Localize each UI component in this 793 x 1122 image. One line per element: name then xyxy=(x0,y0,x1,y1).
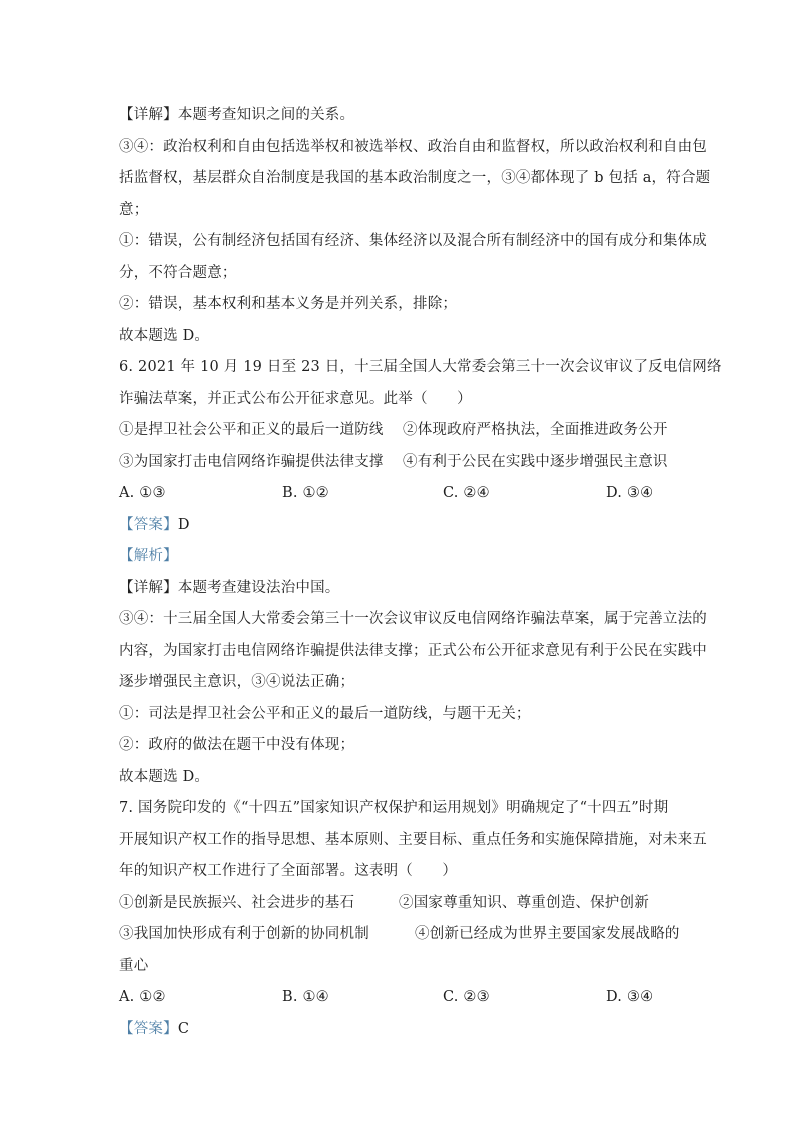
q7-statement-2: ②国家尊重知识、尊重创造、保护创新 xyxy=(399,888,649,920)
detail-label: 【详解】 xyxy=(119,580,178,596)
q7-statement-4-cont: 重心 xyxy=(119,951,679,983)
q6-stem-line: 6. 2021 年 10 月 19 日至 23 日，十三届全国人大常委会第三十一… xyxy=(119,352,679,384)
q5-explanation-line: ③④：政治权利和自由包括选举权和被选举权、政治自由和监督权，所以政治权利和自由包 xyxy=(119,132,679,164)
q5-conclusion: 故本题选 D。 xyxy=(119,321,679,353)
q5-explanation-line: ①：错误，公有制经济包括国有经济、集体经济以及混合所有制经济中的国有成分和集体成 xyxy=(119,226,679,258)
q6-statements-row: ①是捍卫社会公平和正义的最后一道防线 ②体现政府严格执法，全面推进政务公开 xyxy=(119,415,679,447)
detail-text: 本题考查建设法治中国。 xyxy=(178,580,340,596)
q6-option-c[interactable]: C. ②④ xyxy=(443,478,490,510)
q7-statements-row: ①创新是民族振兴、社会进步的基石 ②国家尊重知识、尊重创造、保护创新 xyxy=(119,888,679,920)
q7-option-c[interactable]: C. ②③ xyxy=(443,982,490,1014)
q5-detail-line: 【详解】本题考查知识之间的关系。 xyxy=(119,100,679,132)
q6-explanation-line: ①：司法是捍卫社会公平和正义的最后一道防线，与题干无关； xyxy=(119,699,679,731)
q7-option-a[interactable]: A. ①② xyxy=(119,982,166,1014)
q7-statement-3: ③我国加快形成有利于创新的协同机制 xyxy=(119,926,369,942)
q5-explanation-line: ②：错误，基本权利和基本义务是并列关系，排除； xyxy=(119,289,679,321)
q6-detail-line: 【详解】本题考查建设法治中国。 xyxy=(119,573,679,605)
q5-explanation-line: 分，不符合题意； xyxy=(119,258,679,290)
q6-statement-2: ②体现政府严格执法，全面推进政务公开 xyxy=(403,415,668,447)
q6-options: A. ①③ B. ①② C. ②④ D. ③④ xyxy=(119,478,679,510)
q6-explanation-line: 逐步增强民主意识，③④说法正确； xyxy=(119,667,679,699)
q6-option-d[interactable]: D. ③④ xyxy=(606,478,653,510)
q5-explanation-line: 意； xyxy=(119,195,679,227)
q6-statement-4: ④有利于公民在实践中逐步增强民主意识 xyxy=(403,447,668,479)
q7-option-b[interactable]: B. ①④ xyxy=(282,982,329,1014)
q7-stem-line: 7. 国务院印发的《“十四五”国家知识产权保护和运用规划》明确规定了“十四五”时… xyxy=(119,793,679,825)
q7-stem-line: 开展知识产权工作的指导思想、基本原则、主要目标、重点任务和实施保障措施，对未来五 xyxy=(119,825,679,857)
q7-stem-line: 年的知识产权工作进行了全面部署。这表明（ ） xyxy=(119,856,679,888)
answer-value: D xyxy=(178,517,190,533)
q6-explanation-line: ③④：十三届全国人大常委会第三十一次会议审议反电信网络诈骗法草案，属于完善立法的 xyxy=(119,604,679,636)
q6-analysis: 【解析】 xyxy=(119,541,679,573)
q6-statements-row: ③为国家打击电信网络诈骗提供法律支撑 ④有利于公民在实践中逐步增强民主意识 xyxy=(119,447,679,479)
answer-label: 【答案】 xyxy=(119,517,178,533)
q6-conclusion: 故本题选 D。 xyxy=(119,762,679,794)
q6-explanation-line: ②：政府的做法在题干中没有体现； xyxy=(119,730,679,762)
detail-label: 【详解】 xyxy=(119,107,178,123)
q7-options: A. ①② B. ①④ C. ②③ D. ③④ xyxy=(119,982,679,1014)
q6-answer: 【答案】D xyxy=(119,510,679,542)
answer-label: 【答案】 xyxy=(119,1021,178,1037)
q6-stem-line: 诈骗法草案，并正式公布公开征求意见。此举（ ） xyxy=(119,384,679,416)
q5-explanation-line: 括监督权，基层群众自治制度是我国的基本政治制度之一，③④都体现了 b 包括 a，… xyxy=(119,163,679,195)
q7-statements-row: ③我国加快形成有利于创新的协同机制 ④创新已经成为世界主要国家发展战略的 xyxy=(119,919,679,951)
analysis-label: 【解析】 xyxy=(119,548,178,564)
q6-option-a[interactable]: A. ①③ xyxy=(119,478,166,510)
detail-text: 本题考查知识之间的关系。 xyxy=(178,107,354,123)
q6-statement-3: ③为国家打击电信网络诈骗提供法律支撑 xyxy=(119,454,384,470)
answer-value: C xyxy=(178,1021,189,1037)
q7-statement-1: ①创新是民族振兴、社会进步的基石 xyxy=(119,895,354,911)
q6-explanation-line: 内容，为国家打击电信网络诈骗提供法律支撑；正式公布公开征求意见有利于公民在实践中 xyxy=(119,636,679,668)
document-page: 【详解】本题考查知识之间的关系。 ③④：政治权利和自由包括选举权和被选举权、政治… xyxy=(119,100,679,1045)
q6-option-b[interactable]: B. ①② xyxy=(282,478,329,510)
q7-answer: 【答案】C xyxy=(119,1014,679,1046)
q7-option-d[interactable]: D. ③④ xyxy=(606,982,653,1014)
q7-statement-4: ④创新已经成为世界主要国家发展战略的 xyxy=(415,919,680,951)
q6-statement-1: ①是捍卫社会公平和正义的最后一道防线 xyxy=(119,422,384,438)
